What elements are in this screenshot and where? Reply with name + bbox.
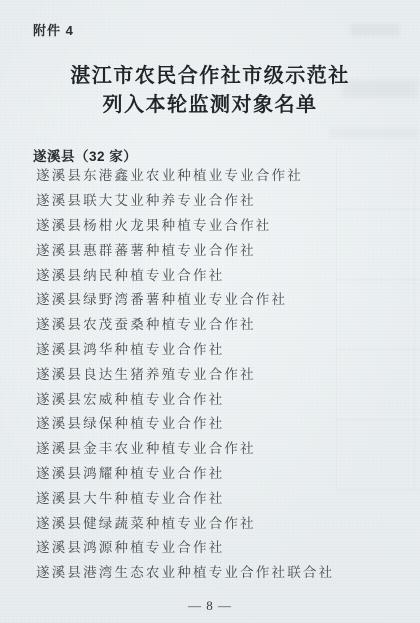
list-item: 遂溪县港湾生态农业种植专业合作社联合社 — [36, 559, 406, 584]
document-page: 附件 4 湛江市农民合作社市级示范社 列入本轮监测对象名单 遂溪县（32 家） … — [0, 0, 420, 623]
cooperative-list: 遂溪县东港鑫业农业种植业专业合作社 遂溪县联大艾业种养专业合作社 遂溪县杨柑火龙… — [36, 162, 406, 584]
list-item: 遂溪县杨柑火龙果种植专业合作社 — [36, 212, 406, 237]
list-item: 遂溪县鸿源种植专业合作社 — [36, 534, 406, 559]
page-number: — 8 — — [0, 598, 420, 614]
list-item: 遂溪县纳民种植专业合作社 — [36, 261, 406, 286]
attachment-label: 附件 4 — [33, 20, 74, 39]
document-title-line1: 湛江市农民合作社市级示范社 — [0, 62, 420, 91]
list-item: 遂溪县联大艾业种养专业合作社 — [36, 187, 406, 212]
list-item: 遂溪县鸿耀种植专业合作社 — [36, 460, 406, 485]
bleed-through-artifact — [350, 24, 400, 36]
list-item: 遂溪县宏威种植专业合作社 — [36, 385, 406, 410]
list-item: 遂溪县金丰农业种植专业合作社 — [36, 435, 406, 460]
list-item: 遂溪县绿野湾番薯种植业专业合作社 — [36, 286, 406, 311]
document-title-line2: 列入本轮监测对象名单 — [0, 91, 420, 120]
list-item: 遂溪县惠群蕃薯种植专业合作社 — [36, 236, 406, 261]
document-title: 湛江市农民合作社市级示范社 列入本轮监测对象名单 — [0, 62, 420, 120]
list-item: 遂溪县绿保种植专业合作社 — [36, 410, 406, 435]
list-item: 遂溪县大牛种植专业合作社 — [36, 484, 406, 509]
list-item: 遂溪县健绿蔬菜种植专业合作社 — [36, 509, 406, 534]
bleed-through-artifact — [330, 128, 418, 138]
list-item: 遂溪县鸿华种植专业合作社 — [36, 336, 406, 361]
list-item: 遂溪县农茂蚕桑种植专业合作社 — [36, 311, 406, 336]
list-item: 遂溪县良达生猪养殖专业合作社 — [36, 360, 406, 385]
list-item: 遂溪县东港鑫业农业种植业专业合作社 — [36, 162, 406, 187]
